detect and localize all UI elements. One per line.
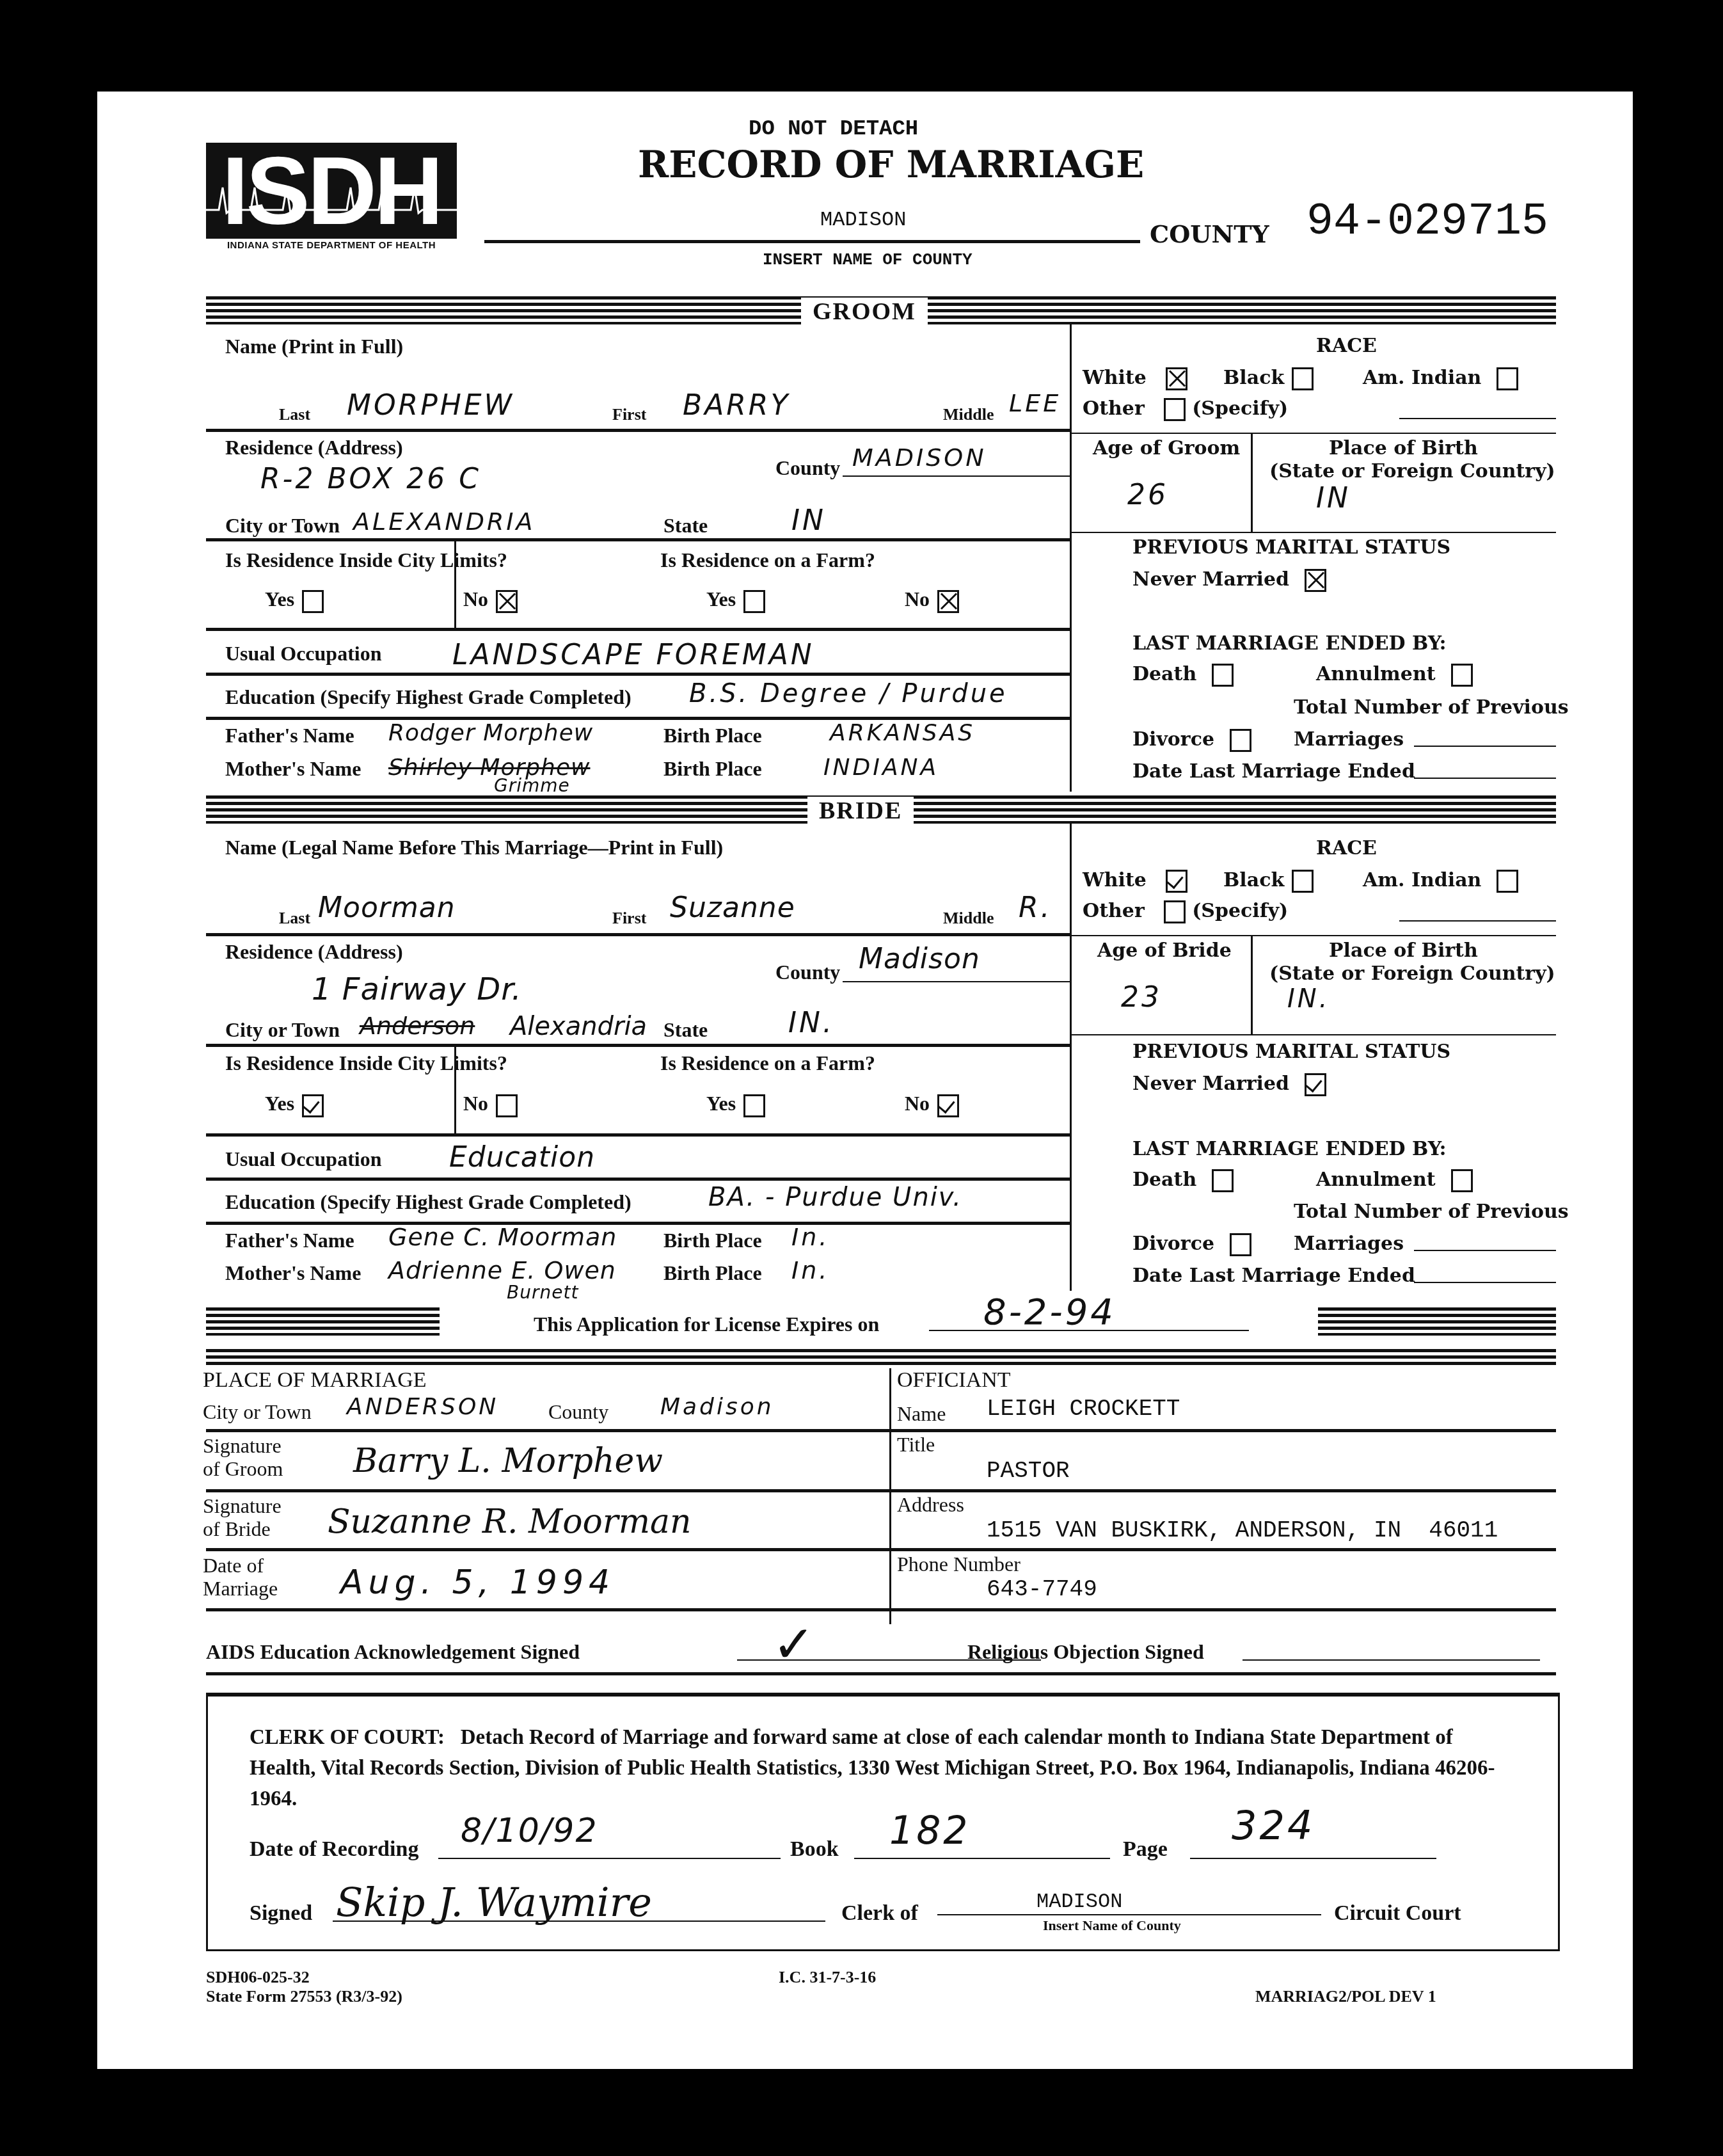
- officiant-title: OFFICIANT: [897, 1368, 1011, 1393]
- bride-section-title: BRIDE: [807, 797, 914, 825]
- previous-marriages-field[interactable]: [1414, 1250, 1556, 1251]
- groom-state[interactable]: IN: [791, 504, 826, 537]
- groom-father-birthplace[interactable]: ARKANSAS: [830, 720, 975, 746]
- ended-divorce[interactable]: Divorce: [1132, 728, 1251, 752]
- father-label: Father's Name: [225, 724, 354, 747]
- last-label: Last: [279, 909, 310, 928]
- religious-objection-field[interactable]: [1243, 1659, 1540, 1661]
- occupation-label: Usual Occupation: [225, 642, 381, 666]
- date-last-ended-field[interactable]: [1414, 778, 1556, 779]
- state-label: State: [663, 514, 708, 538]
- officiant-title-label: Title: [897, 1433, 935, 1457]
- checkbox-unchecked-icon[interactable]: [743, 590, 765, 613]
- bride-first-name[interactable]: Suzanne: [670, 891, 795, 924]
- page-label: Page: [1123, 1837, 1168, 1862]
- groom-county[interactable]: MADISON: [852, 443, 987, 472]
- bride-mother-birthplace[interactable]: In.: [791, 1256, 829, 1284]
- farm-yes[interactable]: Yes: [706, 1092, 765, 1117]
- place-of-marriage-title: PLACE OF MARRIAGE: [203, 1368, 426, 1393]
- previous-marital-status-label: PREVIOUS MARITAL STATUS: [1132, 1041, 1450, 1063]
- record-number: 94-029715: [1306, 197, 1548, 248]
- city-limits-no[interactable]: No: [463, 587, 518, 613]
- middle-label: Middle: [943, 909, 994, 928]
- groom-first-name[interactable]: BARRY: [683, 389, 790, 422]
- do-not-detach: DO NOT DETACH: [749, 117, 918, 141]
- ended-annulment[interactable]: Annulment: [1316, 663, 1473, 687]
- officiant-phone[interactable]: 643-7749: [987, 1576, 1097, 1602]
- farm-no[interactable]: No: [905, 1092, 959, 1117]
- bride-place-of-birth[interactable]: IN.: [1287, 984, 1330, 1014]
- groom-father[interactable]: Rodger Morphew: [388, 720, 593, 746]
- checkbox-unchecked-icon[interactable]: [1292, 870, 1314, 893]
- groom-signature[interactable]: Barry L. Morphew: [353, 1442, 663, 1480]
- race-white[interactable]: White: [1083, 869, 1187, 893]
- bride-city[interactable]: Alexandria: [510, 1012, 647, 1041]
- total-previous-label: Total Number of Previous: [1294, 696, 1569, 719]
- date-last-ended-field[interactable]: [1414, 1282, 1556, 1283]
- groom-mother-correction: Grimme: [494, 775, 570, 796]
- page-number[interactable]: 324: [1232, 1802, 1315, 1849]
- checkbox-unchecked-icon[interactable]: [496, 1094, 518, 1117]
- marriage-date-label: Date ofMarriage: [203, 1554, 278, 1600]
- checkbox-checked-icon[interactable]: [496, 590, 518, 613]
- residence-label: Residence (Address): [225, 436, 403, 459]
- birth-place-label: Birth Place: [663, 1229, 762, 1252]
- bride-mother[interactable]: Adrienne E. Owen: [388, 1256, 616, 1284]
- race-other[interactable]: Other (Specify): [1083, 397, 1288, 421]
- checkbox-checked-icon[interactable]: [1305, 569, 1326, 592]
- book-label: Book: [790, 1837, 839, 1862]
- checkbox-unchecked-icon[interactable]: [1497, 870, 1518, 893]
- bride-city-struck: Anderson: [360, 1012, 475, 1040]
- county-label: County: [775, 456, 840, 480]
- last-marriage-ended-label: LAST MARRIAGE ENDED BY:: [1132, 632, 1447, 655]
- bride-name-label: Name (Legal Name Before This Marriage—Pr…: [225, 836, 723, 859]
- bride-father[interactable]: Gene C. Moorman: [388, 1223, 617, 1251]
- place-city-label: City or Town: [203, 1400, 312, 1424]
- checkbox-unchecked-icon[interactable]: [743, 1094, 765, 1117]
- father-label: Father's Name: [225, 1229, 354, 1252]
- date-last-ended-label: Date Last Marriage Ended: [1132, 1265, 1415, 1287]
- county-label: COUNTY: [1150, 220, 1269, 248]
- residence-label: Residence (Address): [225, 940, 403, 964]
- clerk-of-court-box: CLERK OF COURT: Detach Record of Marriag…: [206, 1693, 1560, 1951]
- religious-objection-label: Religious Objection Signed: [967, 1640, 1204, 1664]
- groom-section-title: GROOM: [801, 298, 928, 326]
- ic-code: I.C. 31-7-3-16: [779, 1968, 876, 1987]
- never-married[interactable]: Never Married: [1132, 568, 1326, 592]
- bride-occupation[interactable]: Education: [449, 1141, 595, 1174]
- officiant-title-value[interactable]: PASTOR: [987, 1458, 1070, 1484]
- birth-place-label: Birth Place: [663, 1261, 762, 1285]
- clerk-of-label: Clerk of: [841, 1901, 918, 1926]
- race-am-indian[interactable]: Am. Indian: [1363, 367, 1518, 390]
- bride-state[interactable]: IN.: [788, 1007, 834, 1039]
- officiant-name-label: Name: [897, 1402, 946, 1426]
- bride-last-name[interactable]: Moorman: [318, 891, 456, 924]
- logo-caption: INDIANA STATE DEPARTMENT OF HEALTH: [206, 240, 457, 251]
- groom-education[interactable]: B.S. Degree / Purdue: [689, 679, 1008, 708]
- date-last-ended-label: Date Last Marriage Ended: [1132, 760, 1415, 783]
- ended-annulment[interactable]: Annulment: [1316, 1169, 1473, 1192]
- form-footer-left: SDH06-025-32State Form 27553 (R3/3-92): [206, 1968, 402, 2006]
- middle-label: Middle: [943, 405, 994, 424]
- place-county-label: County: [548, 1400, 608, 1424]
- groom-city[interactable]: ALEXANDRIA: [353, 507, 536, 536]
- bride-education[interactable]: BA. - Purdue Univ.: [708, 1183, 962, 1212]
- occupation-label: Usual Occupation: [225, 1147, 381, 1171]
- first-label: First: [612, 909, 646, 928]
- city-limits-no[interactable]: No: [463, 1092, 518, 1117]
- last-marriage-ended-label: LAST MARRIAGE ENDED BY:: [1132, 1138, 1447, 1160]
- bride-residence[interactable]: 1 Fairway Dr.: [312, 971, 522, 1007]
- place-of-birth-sub: (State or Foreign Country): [1269, 962, 1555, 985]
- farm-no[interactable]: No: [905, 587, 959, 613]
- never-married[interactable]: Never Married: [1132, 1073, 1326, 1096]
- checkbox-checked-icon[interactable]: [1166, 870, 1187, 893]
- checkbox-unchecked-icon[interactable]: [302, 590, 324, 613]
- last-label: Last: [279, 405, 310, 424]
- place-of-birth-sub: (State or Foreign Country): [1269, 460, 1555, 483]
- book-number[interactable]: 182: [889, 1809, 971, 1853]
- birth-place-label: Birth Place: [663, 757, 762, 781]
- bride-father-birthplace[interactable]: In.: [791, 1223, 829, 1251]
- bride-county[interactable]: Madison: [859, 943, 980, 975]
- signed-label: Signed: [250, 1901, 312, 1926]
- education-label: Education (Specify Highest Grade Complet…: [225, 685, 631, 709]
- state-label: State: [663, 1018, 708, 1042]
- city-label: City or Town: [225, 1018, 340, 1042]
- circuit-court-label: Circuit Court: [1334, 1901, 1461, 1926]
- ended-death[interactable]: Death: [1132, 1169, 1234, 1192]
- clerk-instructions: CLERK OF COURT: Detach Record of Marriag…: [250, 1722, 1516, 1814]
- previous-marriages-field[interactable]: [1414, 746, 1556, 747]
- race-label: RACE: [1316, 837, 1377, 859]
- officiant-address[interactable]: 1515 VAN BUSKIRK, ANDERSON, IN 46011: [987, 1517, 1498, 1544]
- age-label: Age of Bride: [1097, 939, 1232, 962]
- total-previous-label: Total Number of Previous: [1294, 1201, 1569, 1223]
- race-black[interactable]: Black: [1223, 367, 1314, 390]
- race-black[interactable]: Black: [1223, 869, 1314, 893]
- groom-place-of-birth[interactable]: IN: [1316, 482, 1351, 515]
- mother-label: Mother's Name: [225, 757, 361, 781]
- checkbox-unchecked-icon[interactable]: [1164, 398, 1186, 421]
- marriage-record-form: ISDH INDIANA STATE DEPARTMENT OF HEALTH …: [97, 92, 1633, 2069]
- checkbox-unchecked-icon[interactable]: [1230, 1233, 1251, 1256]
- county-label: County: [775, 961, 840, 984]
- checkbox-unchecked-icon[interactable]: [1292, 367, 1314, 390]
- marriages-label: Marriages: [1294, 1233, 1404, 1255]
- date-recording-label: Date of Recording: [250, 1837, 418, 1862]
- county-caption: INSERT NAME OF COUNTY: [763, 250, 973, 269]
- groom-mother-birthplace[interactable]: INDIANA: [823, 755, 939, 781]
- city-limits-yes[interactable]: Yes: [265, 587, 324, 613]
- county-value: MADISON: [820, 208, 906, 232]
- groom-occupation[interactable]: LANDSCAPE FOREMAN: [452, 639, 814, 671]
- groom-age[interactable]: 26: [1127, 479, 1168, 511]
- checkbox-checked-icon[interactable]: [937, 1094, 959, 1117]
- checkbox-checked-icon[interactable]: [302, 1094, 324, 1117]
- education-label: Education (Specify Highest Grade Complet…: [225, 1190, 631, 1214]
- clerk-county[interactable]: MADISON: [1036, 1890, 1122, 1913]
- page-title: RECORD OF MARRIAGE: [638, 143, 1144, 186]
- city-limits-yes[interactable]: Yes: [265, 1092, 324, 1117]
- marriage-date[interactable]: Aug. 5, 1994: [340, 1563, 615, 1602]
- city-limits-question: Is Residence Inside City Limits?: [225, 548, 507, 572]
- mother-label: Mother's Name: [225, 1261, 361, 1285]
- checkbox-unchecked-icon[interactable]: [1212, 1169, 1234, 1192]
- officiant-address-label: Address: [897, 1493, 964, 1517]
- farm-question: Is Residence on a Farm?: [660, 1051, 875, 1075]
- license-expires-date[interactable]: 8-2-94: [983, 1291, 1116, 1333]
- checkbox-unchecked-icon[interactable]: [1497, 367, 1518, 390]
- race-white[interactable]: White: [1083, 367, 1187, 390]
- sig-groom-label: Signatureof Groom: [203, 1434, 283, 1480]
- groom-residence[interactable]: R-2 BOX 26 C: [260, 463, 481, 495]
- checkbox-unchecked-icon[interactable]: [1164, 900, 1186, 923]
- clerk-county-caption: Insert Name of County: [1043, 1917, 1181, 1934]
- ended-divorce[interactable]: Divorce: [1132, 1233, 1251, 1256]
- checkbox-unchecked-icon[interactable]: [1451, 664, 1473, 687]
- bride-mother-correction: Burnett: [507, 1282, 578, 1303]
- license-expires-label: This Application for License Expires on: [534, 1313, 879, 1336]
- city-limits-question: Is Residence Inside City Limits?: [225, 1051, 507, 1075]
- bride-middle-name[interactable]: R.: [1019, 891, 1052, 924]
- farm-yes[interactable]: Yes: [706, 587, 765, 613]
- aids-ack-label: AIDS Education Acknowledgement Signed: [206, 1640, 580, 1664]
- checkbox-unchecked-icon[interactable]: [1451, 1169, 1473, 1192]
- farm-question: Is Residence on a Farm?: [660, 548, 875, 572]
- race-am-indian[interactable]: Am. Indian: [1363, 869, 1518, 893]
- groom-name-label: Name (Print in Full): [225, 335, 403, 358]
- race-label: RACE: [1316, 335, 1377, 357]
- place-city[interactable]: ANDERSON: [347, 1394, 498, 1420]
- ended-death[interactable]: Death: [1132, 663, 1234, 687]
- date-recording[interactable]: 8/10/92: [461, 1812, 598, 1850]
- place-county[interactable]: Madison: [660, 1394, 774, 1420]
- officiant-phone-label: Phone Number: [897, 1553, 1020, 1576]
- isdh-logo: ISDH INDIANA STATE DEPARTMENT OF HEALTH: [206, 143, 457, 252]
- clerk-signature[interactable]: Skip J. Waymire: [336, 1879, 652, 1926]
- previous-marital-status-label: PREVIOUS MARITAL STATUS: [1132, 536, 1450, 559]
- bride-signature[interactable]: Suzanne R. Moorman: [328, 1503, 692, 1541]
- heartbeat-icon: [206, 181, 457, 220]
- marriages-label: Marriages: [1294, 728, 1404, 751]
- checkbox-checked-icon[interactable]: [937, 590, 959, 613]
- sig-bride-label: Signatureof Bride: [203, 1494, 282, 1540]
- city-label: City or Town: [225, 514, 340, 538]
- checkbox-unchecked-icon[interactable]: [1230, 729, 1251, 752]
- birth-place-label: Birth Place: [663, 724, 762, 747]
- place-of-birth-label: Place of Birth: [1329, 437, 1478, 459]
- checkbox-unchecked-icon[interactable]: [1212, 664, 1234, 687]
- place-of-birth-label: Place of Birth: [1329, 939, 1478, 962]
- age-label: Age of Groom: [1093, 437, 1240, 459]
- groom-last-name[interactable]: MORPHEW: [347, 389, 514, 422]
- bride-age[interactable]: 23: [1121, 981, 1162, 1014]
- groom-middle-name[interactable]: LEE: [1009, 389, 1061, 417]
- race-other[interactable]: Other (Specify): [1083, 900, 1288, 923]
- officiant-name[interactable]: LEIGH CROCKETT: [987, 1396, 1180, 1422]
- aids-ack-check-icon[interactable]: ✓: [772, 1615, 818, 1674]
- checkbox-checked-icon[interactable]: [1305, 1073, 1326, 1096]
- first-label: First: [612, 405, 646, 424]
- checkbox-checked-icon[interactable]: [1166, 367, 1187, 390]
- form-dev-code: MARRIAG2/POL DEV 1: [1255, 1987, 1436, 2006]
